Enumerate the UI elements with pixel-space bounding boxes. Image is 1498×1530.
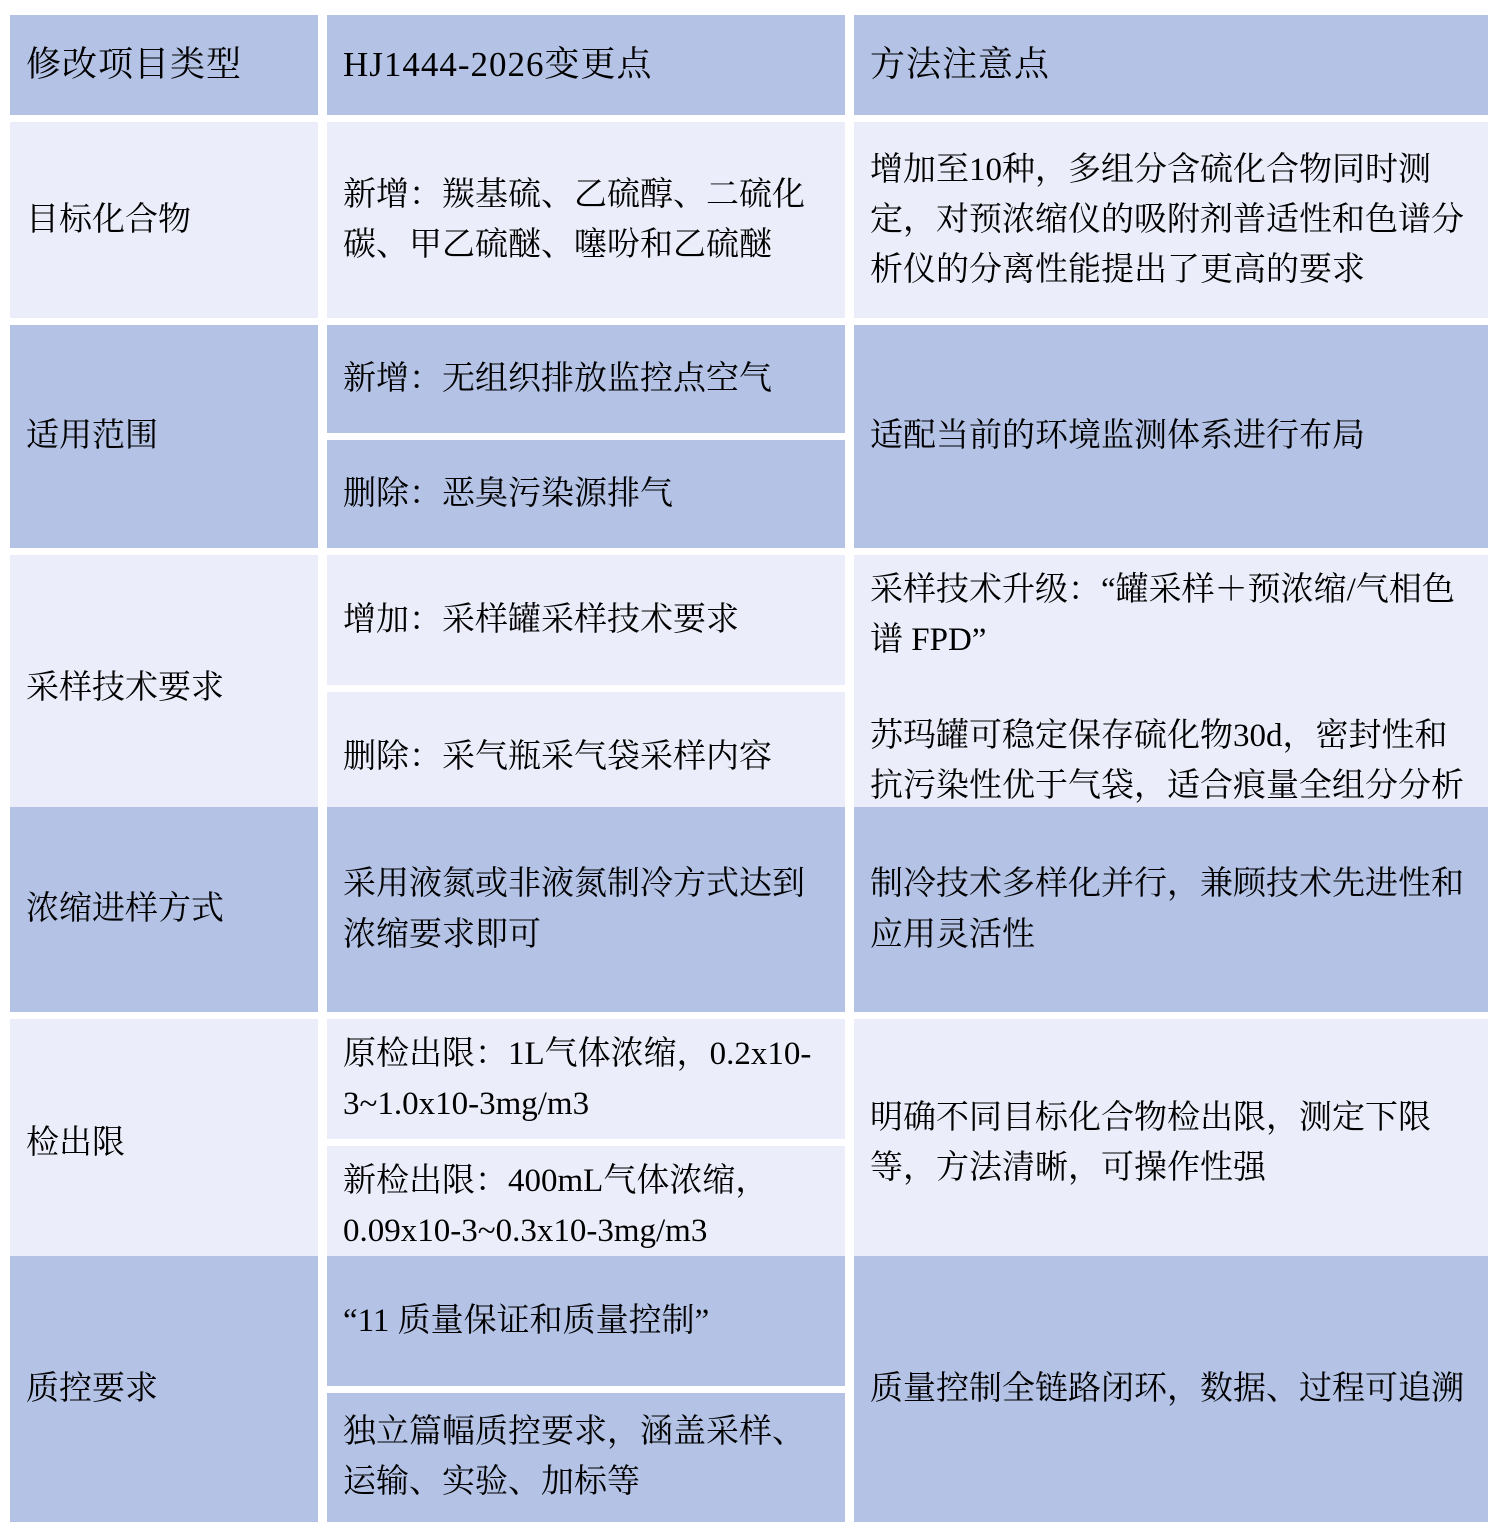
note-text: 增加至10种，多组分含硫化合物同时测定，对预浓缩仪的吸附剂普适性和色谱分析仪的分… [870,145,1472,295]
table-row: 采样技术要求 增加：采样罐采样技术要求 删除：采气瓶采气袋采样内容 采样技术升级… [10,555,1488,800]
note-cell: 采样技术升级：“罐采样＋预浓缩/气相色谱 FPD” 苏玛罐可稳定保存硫化物30d… [854,555,1488,822]
category-cell: 适用范围 [10,325,318,548]
change-cell: 采用液氮或非液氮制冷方式达到浓缩要求即可 [327,807,845,1012]
header-changes-label: HJ1444-2026变更点 [343,38,829,91]
change-cell-group: 增加：采样罐采样技术要求 删除：采气瓶采气袋采样内容 [327,555,845,822]
table-row: 质控要求 “11 质量保证和质量控制” 独立篇幅质控要求，涵盖采样、运输、实验、… [10,1256,1488,1522]
change-cell-group: “11 质量保证和质量控制” 独立篇幅质控要求，涵盖采样、运输、实验、加标等 [327,1256,845,1522]
change-cell: 新增：羰基硫、乙硫醇、二硫化碳、甲乙硫醚、噻吩和乙硫醚 [327,122,845,318]
header-notes-label: 方法注意点 [870,38,1472,91]
change-text: 原检出限：1L气体浓缩，0.2x10-3~1.0x10-3mg/m3 [343,1029,829,1129]
note-text: 制冷技术多样化并行，兼顾技术先进性和应用灵活性 [870,859,1472,959]
change-text: 新增：羰基硫、乙硫醇、二硫化碳、甲乙硫醚、噻吩和乙硫醚 [343,170,829,270]
change-cell-group: 原检出限：1L气体浓缩，0.2x10-3~1.0x10-3mg/m3 新检出限：… [327,1019,845,1267]
change-text: 删除：采气瓶采气袋采样内容 [343,732,829,782]
change-cell: 原检出限：1L气体浓缩，0.2x10-3~1.0x10-3mg/m3 [327,1019,845,1139]
category-cell: 检出限 [10,1019,318,1267]
header-notes: 方法注意点 [854,15,1488,115]
change-text: “11 质量保证和质量控制” [343,1296,829,1346]
table-row: 适用范围 新增：无组织排放监控点空气 删除：恶臭污染源排气 适配当前的环境监测体… [10,325,1488,548]
table-row: 检出限 原检出限：1L气体浓缩，0.2x10-3~1.0x10-3mg/m3 新… [10,1019,1488,1249]
category-label: 目标化合物 [26,195,302,245]
change-cell: 增加：采样罐采样技术要求 [327,555,845,685]
change-text: 独立篇幅质控要求，涵盖采样、运输、实验、加标等 [343,1407,829,1507]
table-row: 浓缩进样方式 采用液氮或非液氮制冷方式达到浓缩要求即可 制冷技术多样化并行，兼顾… [10,807,1488,1012]
category-cell: 质控要求 [10,1256,318,1522]
change-text: 删除：恶臭污染源排气 [343,469,829,519]
change-text: 采用液氮或非液氮制冷方式达到浓缩要求即可 [343,859,829,959]
category-label: 质控要求 [26,1364,302,1414]
note-text: 适配当前的环境监测体系进行布局 [870,411,1472,461]
header-category-label: 修改项目类型 [26,38,302,91]
note-cell: 增加至10种，多组分含硫化合物同时测定，对预浓缩仪的吸附剂普适性和色谱分析仪的分… [854,122,1488,318]
table-header-row: 修改项目类型 HJ1444-2026变更点 方法注意点 [10,15,1488,115]
note-cell: 适配当前的环境监测体系进行布局 [854,325,1488,548]
header-category: 修改项目类型 [10,15,318,115]
category-label: 检出限 [26,1118,302,1168]
table-row: 目标化合物 新增：羰基硫、乙硫醇、二硫化碳、甲乙硫醚、噻吩和乙硫醚 增加至10种… [10,122,1488,318]
change-cell: 新检出限：400mL气体浓缩，0.09x10-3~0.3x10-3mg/m3 [327,1146,845,1266]
change-text: 新增：无组织排放监控点空气 [343,354,829,404]
category-label: 浓缩进样方式 [26,884,302,934]
note-cell: 明确不同目标化合物检出限，测定下限等，方法清晰，可操作性强 [854,1019,1488,1267]
note-text: 明确不同目标化合物检出限，测定下限等，方法清晰，可操作性强 [870,1093,1472,1193]
change-cell: “11 质量保证和质量控制” [327,1256,845,1386]
note-text: 质量控制全链路闭环，数据、过程可追溯 [870,1364,1472,1414]
note-cell: 质量控制全链路闭环，数据、过程可追溯 [854,1256,1488,1522]
change-cell: 删除：恶臭污染源排气 [327,440,845,548]
note-text: 苏玛罐可稳定保存硫化物30d，密封性和抗污染性优于气袋，适合痕量全组分分析 [870,711,1472,811]
category-label: 采样技术要求 [26,663,302,713]
category-label: 适用范围 [26,411,302,461]
comparison-table: 修改项目类型 HJ1444-2026变更点 方法注意点 目标化合物 新增：羰基硫… [0,0,1498,1530]
note-cell: 制冷技术多样化并行，兼顾技术先进性和应用灵活性 [854,807,1488,1012]
category-cell: 采样技术要求 [10,555,318,822]
change-cell-group: 新增：无组织排放监控点空气 删除：恶臭污染源排气 [327,325,845,548]
category-cell: 目标化合物 [10,122,318,318]
category-cell: 浓缩进样方式 [10,807,318,1012]
note-text: 采样技术升级：“罐采样＋预浓缩/气相色谱 FPD” [870,565,1472,665]
change-text: 增加：采样罐采样技术要求 [343,595,829,645]
change-cell: 独立篇幅质控要求，涵盖采样、运输、实验、加标等 [327,1393,845,1523]
change-text: 新检出限：400mL气体浓缩，0.09x10-3~0.3x10-3mg/m3 [343,1156,829,1256]
change-cell: 删除：采气瓶采气袋采样内容 [327,692,845,822]
header-changes: HJ1444-2026变更点 [327,15,845,115]
change-cell: 新增：无组织排放监控点空气 [327,325,845,433]
